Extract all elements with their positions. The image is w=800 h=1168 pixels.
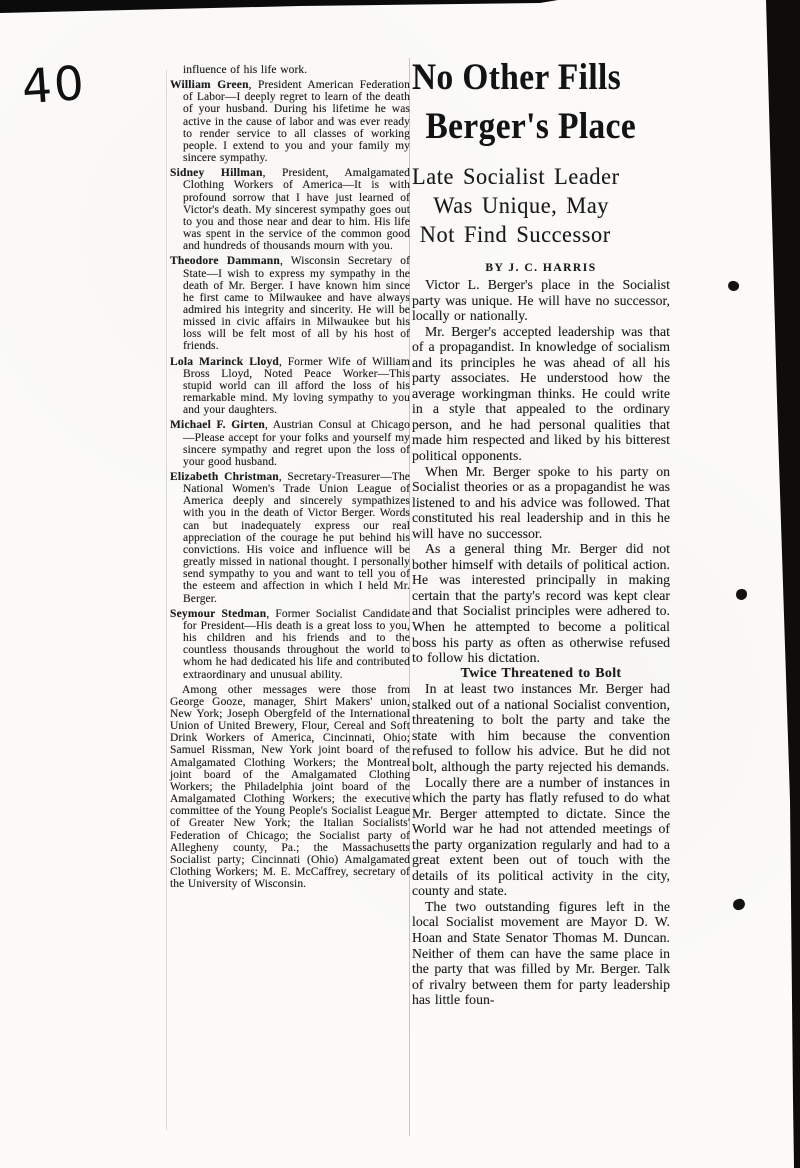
tribute-elizabeth-christman: Elizabeth Christman, Secretary-Treasurer… <box>170 471 410 605</box>
tribute-name: Michael F. Girten <box>170 419 265 431</box>
article-paragraph: When Mr. Berger spoke to his party on So… <box>412 464 670 542</box>
article-column: No Other Fills Berger's Place Late Socia… <box>412 53 670 1008</box>
subhead-line-3: Not Find Successor <box>412 220 662 249</box>
tribute-name: Theodore Dammann <box>170 255 280 267</box>
article-paragraph: Locally there are a number of instances … <box>412 775 670 899</box>
closing-paragraph: Among other messages were those from Geo… <box>170 684 410 891</box>
article-paragraph: Mr. Berger's accepted leadership was tha… <box>412 324 670 464</box>
tribute-name: Sidney Hillman <box>170 167 263 179</box>
article-paragraph: Victor L. Berger's place in the Socialis… <box>412 277 670 324</box>
tribute-text: , Secretary-Treasurer—The National Women… <box>183 471 410 605</box>
article-subhead: Late Socialist Leader Was Unique, May No… <box>412 162 662 249</box>
tribute-text: , President American Federation of Labor… <box>183 79 410 164</box>
clipping-left-edge <box>166 70 167 1130</box>
article-paragraph: In at least two instances Mr. Berger had… <box>412 681 670 774</box>
headline-line-1: No Other Fills <box>412 53 644 102</box>
tribute-name: Seymour Stedman <box>170 608 266 620</box>
tribute-seymour-stedman: Seymour Stedman, Former Socialist Candid… <box>170 608 410 681</box>
article-paragraph: The two outstanding figures left in the … <box>412 899 670 1008</box>
tribute-name: Lola Marinck Lloyd <box>170 356 279 368</box>
continuation-line: influence of his life work. <box>170 64 410 76</box>
tribute-theodore-dammann: Theodore Dammann, Wisconsin Secretary of… <box>170 255 410 352</box>
tribute-william-green: William Green, President American Federa… <box>170 79 410 164</box>
headline-line-2: Berger's Place <box>412 102 644 151</box>
section-heading: Twice Threatened to Bolt <box>412 666 670 682</box>
byline: BY J. C. HARRIS <box>412 262 670 274</box>
tribute-sidney-hillman: Sidney Hillman, President, Amalgamated C… <box>170 167 410 252</box>
article-paragraph: As a general thing Mr. Berger did not bo… <box>412 541 670 665</box>
tribute-name: Elizabeth Christman <box>170 471 279 483</box>
subhead-line-1: Late Socialist Leader <box>412 162 662 191</box>
tribute-text: , President, Amalgamated Clothing Worker… <box>183 167 410 252</box>
article-body: Victor L. Berger's place in the Socialis… <box>412 277 670 1008</box>
subhead-line-2: Was Unique, May <box>412 191 662 220</box>
handwritten-page-number: 40 <box>20 56 87 115</box>
tribute-name: William Green <box>170 79 249 91</box>
tributes-column: influence of his life work. William Gree… <box>170 64 410 893</box>
tribute-text: , Wisconsin Secretary of State—I wish to… <box>183 255 410 352</box>
tribute-michael-girten: Michael F. Girten, Austrian Consul at Ch… <box>170 419 410 468</box>
scanned-newspaper-page: { "colors": { "paper": "#fcfbf9", "ink":… <box>0 0 800 1168</box>
article-headline: No Other Fills Berger's Place <box>412 53 644 151</box>
tribute-lola-marinck-lloyd: Lola Marinck Lloyd, Former Wife of Willi… <box>170 356 410 417</box>
